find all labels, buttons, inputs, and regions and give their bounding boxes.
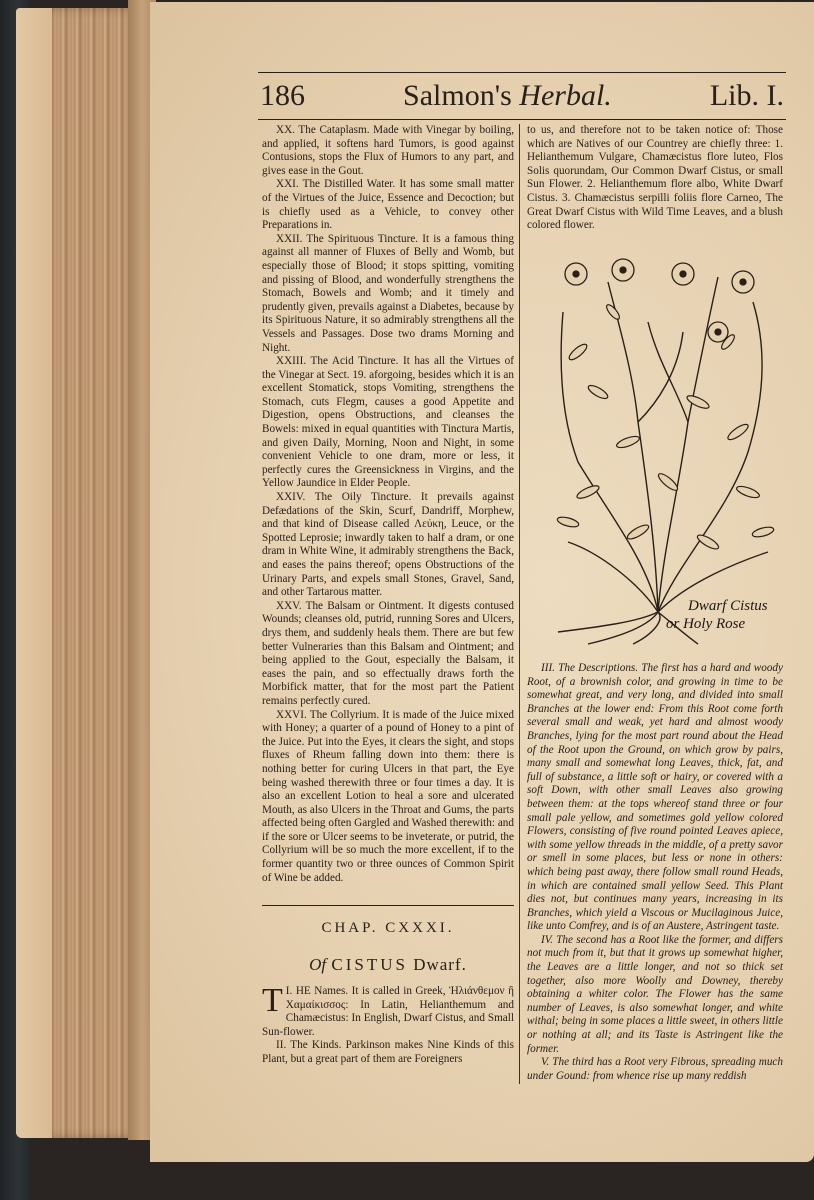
book-volume: Lib. I. [710,79,786,113]
paragraph-description-first: III. The Descriptions. The first has a h… [527,662,783,934]
column-rule [519,124,520,1084]
illustration-caption-line1: Dwarf Cistus [688,598,768,615]
running-head: 186 Salmon's Herbal. Lib. I. [258,72,786,120]
paragraph-names: I. HE Names. It is called in Greek, Ἡλιά… [262,985,514,1039]
section-divider [262,905,514,906]
page-number: 186 [258,79,305,113]
chapter-heading: CHAP. CXXXI. [262,920,514,937]
chapter-body: T I. HE Names. It is called in Greek, Ἡλ… [262,985,514,1067]
paragraph-collyrium: XXVI. The Collyrium. It is made of the J… [262,709,514,886]
paragraph-balsam: XXV. The Balsam or Ointment. It digests … [262,600,514,709]
descriptions-section: III. The Descriptions. The first has a h… [527,662,783,1083]
right-column: to us, and therefore not to be taken not… [527,124,783,233]
paragraph-spirituous-tincture: XXII. The Spirituous Tincture. It is a f… [262,233,514,355]
paragraph-description-third: V. The third has a Root very Fibrous, sp… [527,1056,783,1083]
paragraph-distilled-water: XXI. The Distilled Water. It has some sm… [262,178,514,232]
illustration-caption-line2: or Holy Rose [666,616,745,633]
paragraph-oily-tincture: XXIV. The Oily Tincture. It prevails aga… [262,491,514,600]
paragraph-kinds-continued: to us, and therefore not to be taken not… [527,124,783,233]
paragraph-cataplasm: XX. The Cataplasm. Made with Vinegar by … [262,124,514,178]
left-column: XX. The Cataplasm. Made with Vinegar by … [262,124,514,885]
book-title: Salmon's Herbal. [403,79,612,113]
dwarf-cistus-woodcut-illustration [538,252,786,647]
paragraph-kinds: II. The Kinds. Parkinson makes Nine Kind… [262,1039,514,1066]
paragraph-description-second: IV. The second has a Root like the forme… [527,934,783,1056]
paragraph-acid-tincture: XXIII. The Acid Tincture. It has all the… [262,355,514,491]
chapter-subtitle: Of CISTUS Dwarf. [262,955,514,975]
drop-cap: T [262,987,283,1015]
